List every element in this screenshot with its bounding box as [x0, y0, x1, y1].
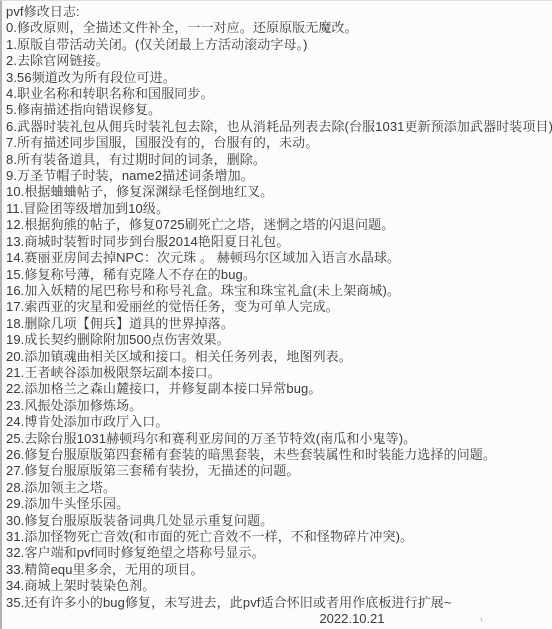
log-entry: 5.修南描述指向错误修复。 [6, 102, 550, 118]
log-entry: 1.原版自带活动关闭。(仅关闭最上方活动滚动字母。) [6, 37, 550, 53]
corner-mark: ヽ [475, 610, 487, 626]
log-entry: 15.修复称号薄，稀有克隆人不存在的bug。 [6, 267, 550, 283]
log-entry: 33.精简equ里多余，无用的项目。 [6, 562, 550, 578]
log-entry: 0.修改原则，全描述文件补全，一一对应。还原原版无魔改。 [6, 20, 550, 36]
changelog-document: pvf修改日志: 0.修改原则，全描述文件补全，一一对应。还原原版无魔改。1.原… [0, 0, 552, 629]
log-entry: 21.王者峡谷添加极限祭坛副本接口。 [6, 365, 550, 381]
log-entry: 8.所有装备道具，有过期时间的词条，删除。 [6, 152, 550, 168]
log-entry: 34.商城上架时装染色剂。 [6, 578, 550, 594]
log-entry: 20.添加镇魂曲相关区域和接口。相关任务列表，地图列表。 [6, 349, 550, 365]
log-entry: 32.客户端和pvf同时修复绝望之塔称号显示。 [6, 545, 550, 561]
log-entry: 29.添加牛头怪乐园。 [6, 496, 550, 512]
log-entry: 6.武器时装礼包从佣兵时装礼包去除，也从消耗品列表去除(台服1031更新预添加武… [6, 119, 550, 135]
log-entry: 31.添加怪物死亡音效(和市面的死亡音效不一样，不和怪物碎片冲突)。 [6, 529, 550, 545]
log-entry: 10.根据蛐蛐帖子，修复深渊绿毛怪倒地红叉。 [6, 184, 550, 200]
log-entry: 12.根据狗熊的帖子，修复0725刷死亡之塔，迷惘之塔的闪退问题。 [6, 217, 550, 233]
log-entry: 13.商城时装暂时同步到台服2014艳阳夏日礼包。 [6, 234, 550, 250]
log-entry: 26.修复台服原版第四套稀有套装的暗黑套装，未些套装属性和时装能力选择的问题。 [6, 447, 550, 463]
log-entry: 16.加入妖精的尾巴称号和称号礼盒。珠宝和珠宝礼盒(未上架商城)。 [6, 283, 550, 299]
log-entry: 3.56频道改为所有段位可进。 [6, 70, 550, 86]
log-entry: 28.添加领主之塔。 [6, 480, 550, 496]
log-date: 2022.10.21 [6, 611, 550, 627]
log-entry: 19.成长契约删除附加500点伤害效果。 [6, 332, 550, 348]
log-entry: 24.博肯处添加市政厅入口。 [6, 414, 550, 430]
log-entry: 17.索西亚的灾星和爱丽丝的觉悟任务，变为可单人完成。 [6, 299, 550, 315]
log-entry: 9.万圣节帽子时装，name2描述词条增加。 [6, 168, 550, 184]
log-entry: 25.去除台服1031赫顿玛尔和赛利亚房间的万圣节特效(南瓜和小鬼等)。 [6, 431, 550, 447]
log-entry: 18.删除几项【佣兵】道具的世界掉落。 [6, 316, 550, 332]
log-entry: 7.所有描述同步国服，国服没有的，台服有的，未动。 [6, 135, 550, 151]
log-entries: 0.修改原则，全描述文件补全，一一对应。还原原版无魔改。1.原版自带活动关闭。(… [6, 20, 550, 611]
log-entry: 14.赛丽亚房间去掉NPC：次元珠 。 赫顿玛尔区域加入语言水晶球。 [6, 250, 550, 266]
log-entry: 22.添加格兰之森山麓接口，并修复副本接口异常bug。 [6, 381, 550, 397]
log-title: pvf修改日志: [6, 4, 550, 20]
log-entry: 30.修复台服原版装备词典几处显示重复问题。 [6, 513, 550, 529]
log-entry: 2.去除官网链接。 [6, 53, 550, 69]
log-entry: 11.冒险团等级增加到10级。 [6, 201, 550, 217]
log-entry: 27.修复台服原版第三套稀有装扮，无描述的问题。 [6, 463, 550, 479]
log-entry: 35.还有许多小的bug修复，未写进去，此pvf适合怀旧或者用作底板进行扩展~ [6, 595, 550, 611]
log-entry: 23.风振处添加修炼场。 [6, 398, 550, 414]
log-entry: 4.职业名称和转职名称和国服同步。 [6, 86, 550, 102]
